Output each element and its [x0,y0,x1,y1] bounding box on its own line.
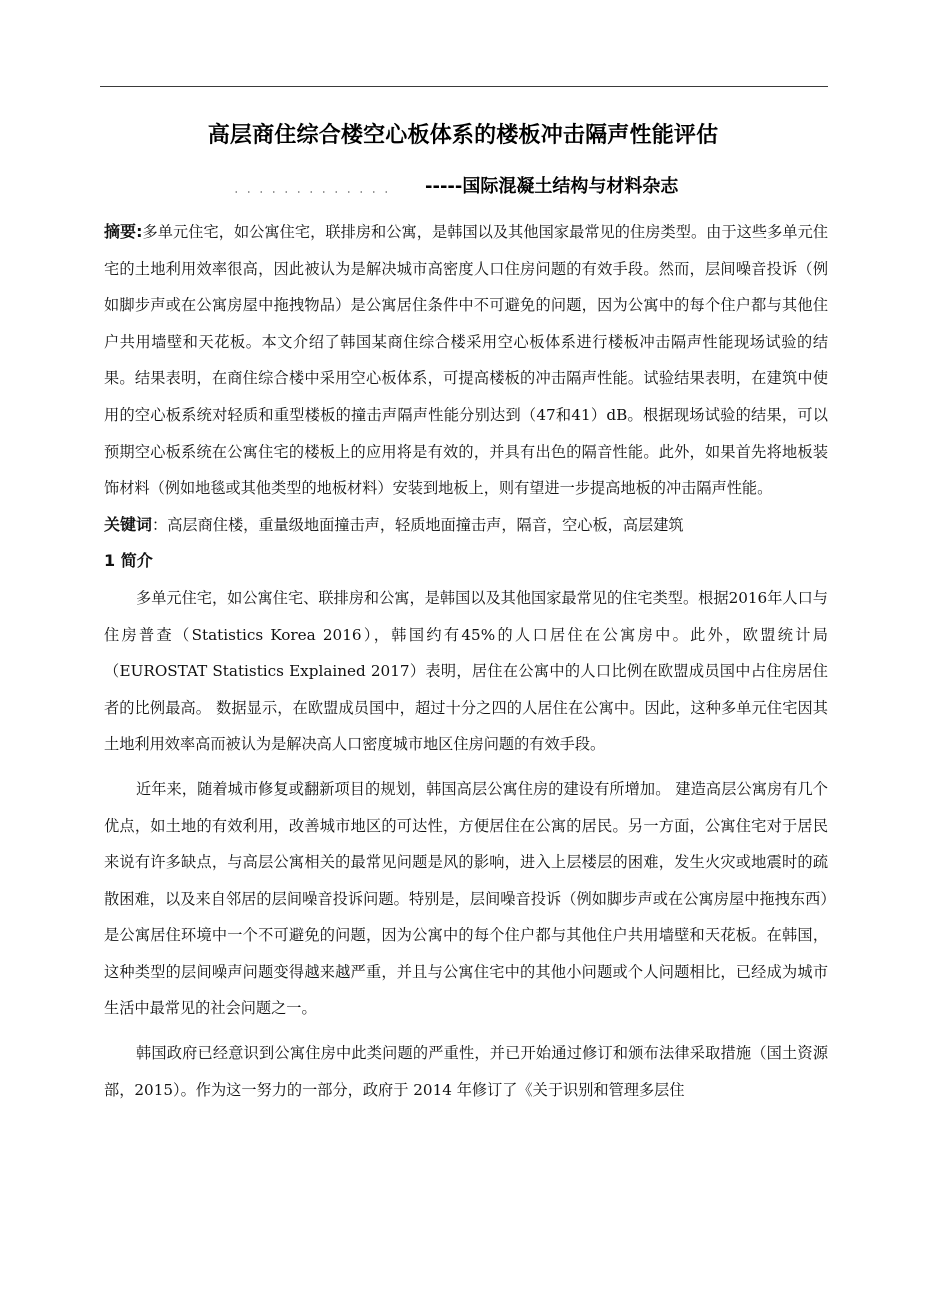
paragraph-3: 韩国政府已经意识到公寓住房中此类问题的严重性，并已开始通过修订和颁布法律采取措施… [104,1035,828,1108]
paragraph-1: 多单元住宅，如公寓住宅、联排房和公寓，是韩国以及其他国家最常见的住宅类型。根据2… [104,580,828,763]
section-heading-introduction: 1 简介 [104,543,828,580]
keywords-text: ：高层商住楼，重量级地面撞击声，轻质地面撞击声，隔音，空心板，高层建筑 [152,516,684,534]
keywords-label: 关键词 [104,515,152,534]
keywords-paragraph: 关键词：高层商住楼，重量级地面撞击声，轻质地面撞击声，隔音，空心板，高层建筑 [104,507,828,544]
document-title: 高层商住综合楼空心板体系的楼板冲击隔声性能评估 [0,118,926,149]
document-body: 摘要:多单元住宅，如公寓住宅，联排房和公寓，是韩国以及其他国家最常见的住房类型。… [104,214,828,1108]
abstract-label: 摘要: [104,222,143,241]
subtitle-row: -----国际混凝土结构与材料杂志 [230,172,830,202]
journal-subtitle: -----国际混凝土结构与材料杂志 [425,172,678,198]
header-rule [100,86,828,87]
abstract-paragraph: 摘要:多单元住宅，如公寓住宅，联排房和公寓，是韩国以及其他国家最常见的住房类型。… [104,214,828,507]
dot-leader [230,191,397,193]
paragraph-2: 近年来，随着城市修复或翻新项目的规划，韩国高层公寓住房的建设有所增加。 建造高层… [104,771,828,1027]
abstract-text: 多单元住宅，如公寓住宅，联排房和公寓，是韩国以及其他国家最常见的住房类型。由于这… [104,223,828,497]
